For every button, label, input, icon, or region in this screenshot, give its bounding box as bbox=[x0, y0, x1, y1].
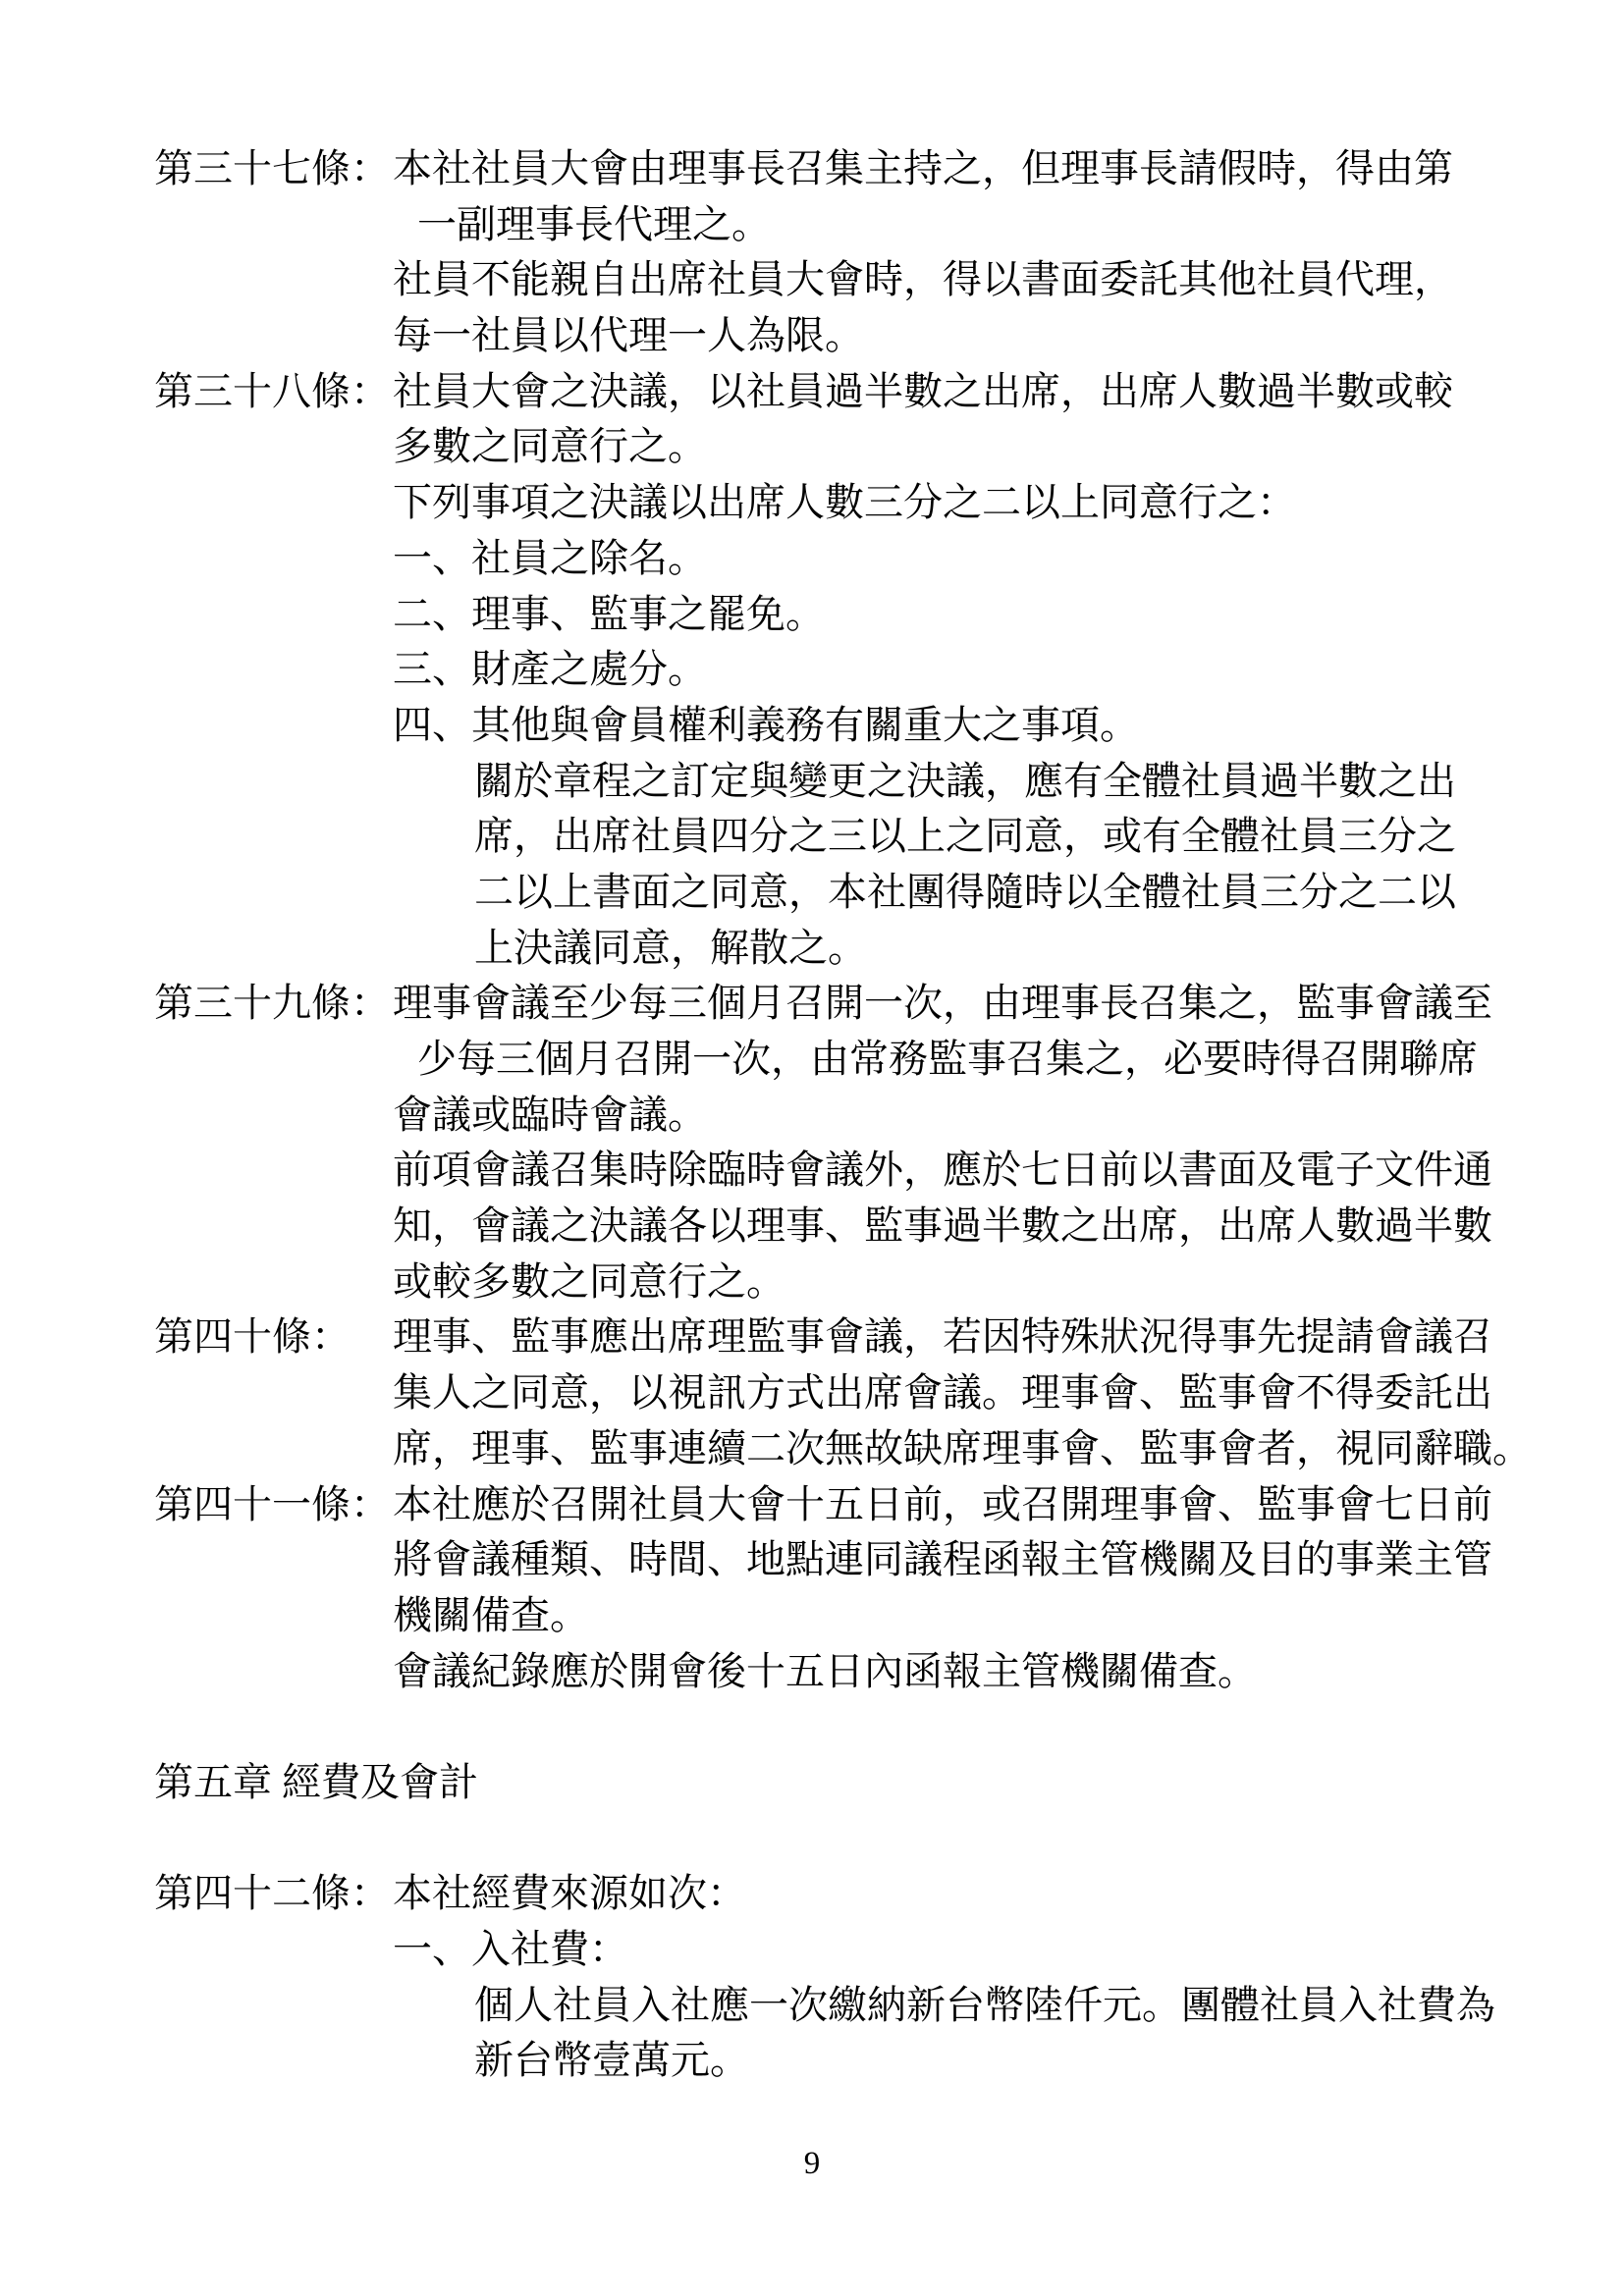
article-line: 第四十條：理事、監事應出席理監事會議，若因特殊狀況得事先提請會議召 bbox=[154, 1309, 1548, 1365]
document-line: 多數之同意行之。 bbox=[154, 419, 1548, 475]
article-label: 第四十條： bbox=[154, 1309, 393, 1365]
document-line: 社員不能親自出席社員大會時，得以書面委託其他社員代理， bbox=[154, 252, 1548, 308]
document-line: 集人之同意，以視訊方式出席會議。理事會、監事會不得委託出 bbox=[154, 1365, 1548, 1421]
document-line: 下列事項之決議以出席人數三分之二以上同意行之： bbox=[154, 475, 1548, 531]
document-line: 三、財產之處分。 bbox=[154, 642, 1548, 698]
document-line: 將會議種類、時間、地點連同議程函報主管機關及目的事業主管 bbox=[154, 1532, 1548, 1588]
document-line: 會議或臨時會議。 bbox=[154, 1088, 1548, 1144]
article-line: 第三十九條：理事會議至少每三個月召開一次，由理事長召集之，監事會議至 bbox=[154, 976, 1548, 1032]
article-line: 第四十一條：本社應於召開社員大會十五日前，或召開理事會、監事會七日前 bbox=[154, 1477, 1548, 1533]
document-line: 一、入社費： bbox=[154, 1922, 1548, 1978]
document-line: 二以上書面之同意，本社團得隨時以全體社員三分之二以 bbox=[154, 865, 1548, 921]
document-line: 二、理事、監事之罷免。 bbox=[154, 587, 1548, 643]
article-line: 第三十七條：本社社員大會由理事長召集主持之，但理事長請假時，得由第 bbox=[154, 141, 1548, 197]
document-line: 新台幣壹萬元。 bbox=[154, 2033, 1548, 2089]
document-line: 席，出席社員四分之三以上之同意，或有全體社員三分之 bbox=[154, 809, 1548, 865]
article-text: 社員大會之決議，以社員過半數之出席，出席人數過半數或較 bbox=[393, 364, 1548, 420]
document-line: 每一社員以代理一人為限。 bbox=[154, 308, 1548, 364]
article-line: 第三十八條：社員大會之決議，以社員過半數之出席，出席人數過半數或較 bbox=[154, 364, 1548, 420]
document-line: 關於章程之訂定與變更之決議，應有全體社員過半數之出 bbox=[154, 754, 1548, 810]
document-line: 一副理事長代理之。 bbox=[154, 197, 1548, 253]
blank-line bbox=[154, 1699, 1548, 1755]
document-line: 席，理事、監事連續二次無故缺席理事會、監事會者，視同辭職。 bbox=[154, 1421, 1548, 1477]
article-label: 第四十一條： bbox=[154, 1477, 393, 1533]
article-label: 第三十九條： bbox=[154, 976, 393, 1032]
document-line: 或較多數之同意行之。 bbox=[154, 1255, 1548, 1310]
document-line: 前項會議召集時除臨時會議外，應於七日前以書面及電子文件通 bbox=[154, 1143, 1548, 1199]
document-line: 個人社員入社應一次繳納新台幣陸仟元。團體社員入社費為 bbox=[154, 1978, 1548, 2034]
article-line: 第四十二條：本社經費來源如次： bbox=[154, 1866, 1548, 1922]
page-number: 9 bbox=[0, 2144, 1624, 2183]
document-line: 四、其他與會員權利義務有關重大之事項。 bbox=[154, 698, 1548, 754]
article-text: 本社經費來源如次： bbox=[393, 1866, 1548, 1922]
document-body: 第三十七條：本社社員大會由理事長召集主持之，但理事長請假時，得由第一副理事長代理… bbox=[154, 141, 1548, 2089]
document-line: 機關備查。 bbox=[154, 1588, 1548, 1644]
document-line: 一、社員之除名。 bbox=[154, 531, 1548, 587]
article-text: 理事會議至少每三個月召開一次，由理事長召集之，監事會議至 bbox=[393, 976, 1548, 1032]
article-label: 第三十七條： bbox=[154, 141, 393, 197]
article-text: 本社應於召開社員大會十五日前，或召開理事會、監事會七日前 bbox=[393, 1477, 1548, 1533]
document-line: 上決議同意，解散之。 bbox=[154, 921, 1548, 977]
article-label: 第三十八條： bbox=[154, 364, 393, 420]
article-text: 本社社員大會由理事長召集主持之，但理事長請假時，得由第 bbox=[393, 141, 1548, 197]
document-line: 會議紀錄應於開會後十五日內函報主管機關備查。 bbox=[154, 1644, 1548, 1700]
chapter-heading: 第五章 經費及會計 bbox=[154, 1755, 1548, 1811]
document-line: 少每三個月召開一次，由常務監事召集之，必要時得召開聯席 bbox=[154, 1032, 1548, 1088]
document-page: 第三十七條：本社社員大會由理事長召集主持之，但理事長請假時，得由第一副理事長代理… bbox=[0, 0, 1624, 2296]
article-label: 第四十二條： bbox=[154, 1866, 393, 1922]
article-text: 理事、監事應出席理監事會議，若因特殊狀況得事先提請會議召 bbox=[393, 1309, 1548, 1365]
document-line: 知，會議之決議各以理事、監事過半數之出席，出席人數過半數 bbox=[154, 1199, 1548, 1255]
blank-line bbox=[154, 1811, 1548, 1867]
